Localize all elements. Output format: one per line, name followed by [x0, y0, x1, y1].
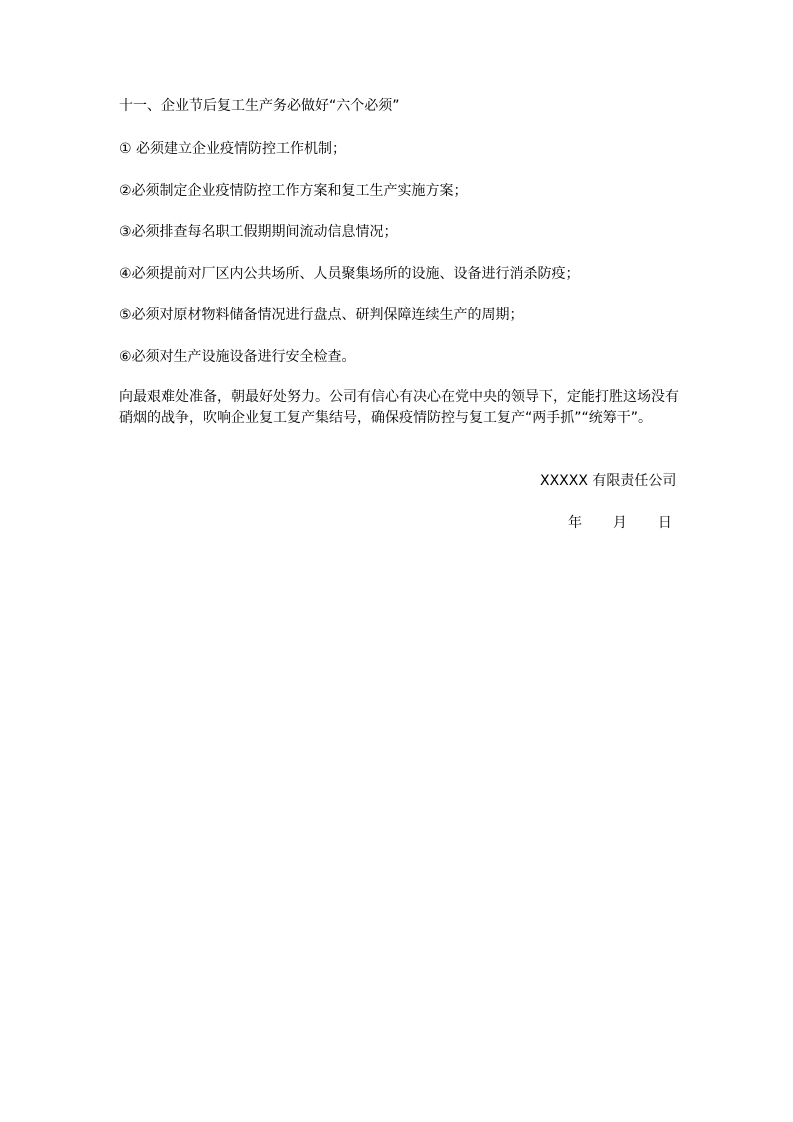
date-month: 月 — [613, 513, 627, 533]
list-item-5: ⑤必须对原材物料储备情况进行盘点、研判保障连续生产的周期； — [119, 305, 524, 325]
signature-date: 年 月 日 — [568, 513, 672, 533]
document-page: 十一、企业节后复工生产务必做好“六个必须” ① 必须建立企业疫情防控工作机制； … — [0, 0, 793, 1122]
list-item-2: ②必须制定企业疫情防控工作方案和复工生产实施方案； — [119, 181, 468, 201]
date-year: 年 — [568, 513, 582, 533]
closing-paragraph: 向最艰难处准备，朝最好处努力。公司有信心有决心在党中央的领导下，定能打胜这场没有… — [119, 387, 699, 429]
date-day: 日 — [658, 513, 672, 533]
list-item-1: ① 必须建立企业疫情防控工作机制； — [119, 139, 346, 159]
closing-line-1: 向最艰难处准备，朝最好处努力。公司有信心有决心在党中央的领导下，定能打胜这场没有 — [119, 387, 699, 408]
list-item-4: ④必须提前对厂区内公共场所、人员聚集场所的设施、设备进行消杀防疫； — [119, 264, 580, 284]
closing-line-2: 硝烟的战争，吹响企业复工复产集结号，确保疫情防控与复工复产“两手抓”“统筹干”。 — [119, 408, 699, 429]
section-heading: 十一、企业节后复工生产务必做好“六个必须” — [119, 96, 400, 116]
list-item-3: ③必须排查每名职工假期期间流动信息情况； — [119, 222, 398, 242]
company-signature: XXXXX 有限责任公司 — [540, 471, 676, 491]
list-item-6: ⑥必须对生产设施设备进行安全检查。 — [119, 347, 356, 367]
